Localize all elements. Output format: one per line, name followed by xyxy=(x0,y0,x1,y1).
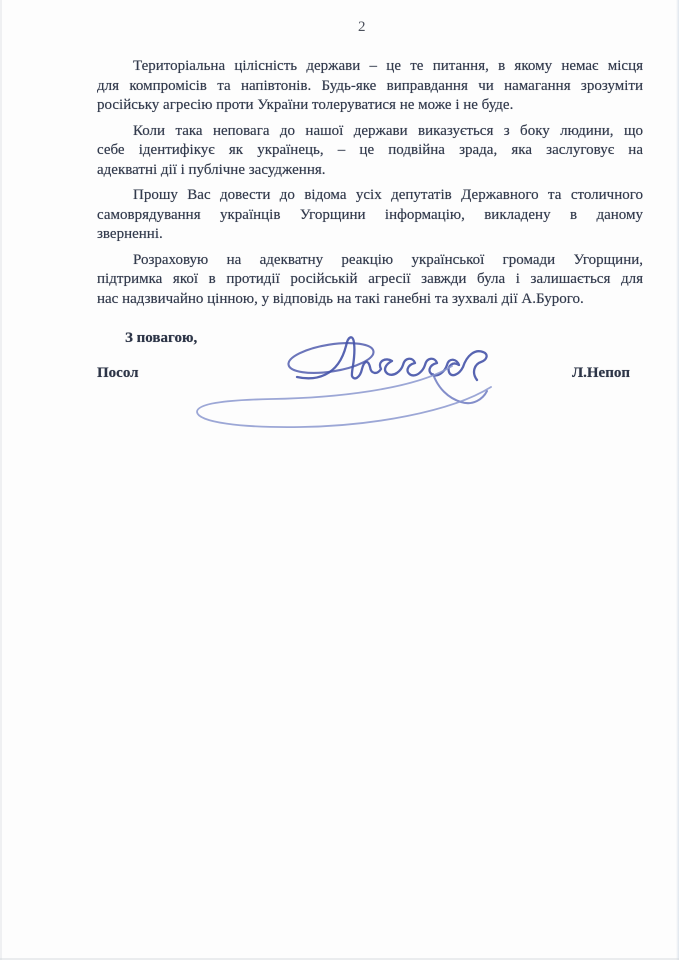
text-line: зверненні. xyxy=(97,225,643,245)
paragraph-3: Прошу Вас довести до відома усіх депутат… xyxy=(97,186,643,245)
text-line: для компромісів та напівтонів. Будь-яке … xyxy=(97,77,643,97)
text-line: Розраховую на адекватну реакцію українсь… xyxy=(97,251,643,271)
text-line: російську агресію проти України толерува… xyxy=(97,96,643,116)
letter-body: Територіальна цілісність держави – це те… xyxy=(97,57,643,383)
paragraph-1: Територіальна цілісність держави – це те… xyxy=(97,57,643,116)
text-line: Прошу Вас довести до відома усіх депутат… xyxy=(97,186,643,206)
text-line: адекватні дії і публічне засудження. xyxy=(97,161,643,181)
text-line: Територіальна цілісність держави – це те… xyxy=(97,57,643,77)
letter-page: 2 Територіальна цілісність держави – це … xyxy=(0,0,679,960)
signature-block: Посол Л.Непоп xyxy=(97,364,643,384)
signer-name: Л.Непоп xyxy=(572,364,643,384)
text-line: себе ідентифікує як українець, – це подв… xyxy=(97,141,643,161)
paragraph-4: Розраховую на адекватну реакцію українсь… xyxy=(97,251,643,310)
page-number: 2 xyxy=(358,19,366,36)
text-line: нас надзвичайно цінною, у відповідь на т… xyxy=(97,290,643,310)
closing-salutation: З повагою, xyxy=(97,329,643,349)
text-line: Коли така неповага до нашої держави вика… xyxy=(97,122,643,142)
text-line: підтримка якої в протидії російській агр… xyxy=(97,270,643,290)
paragraph-2: Коли така неповага до нашої держави вика… xyxy=(97,122,643,181)
signer-title: Посол xyxy=(97,364,139,384)
scan-edge-left xyxy=(0,0,2,960)
text-line: самоврядування українців Угорщини інформ… xyxy=(97,206,643,226)
